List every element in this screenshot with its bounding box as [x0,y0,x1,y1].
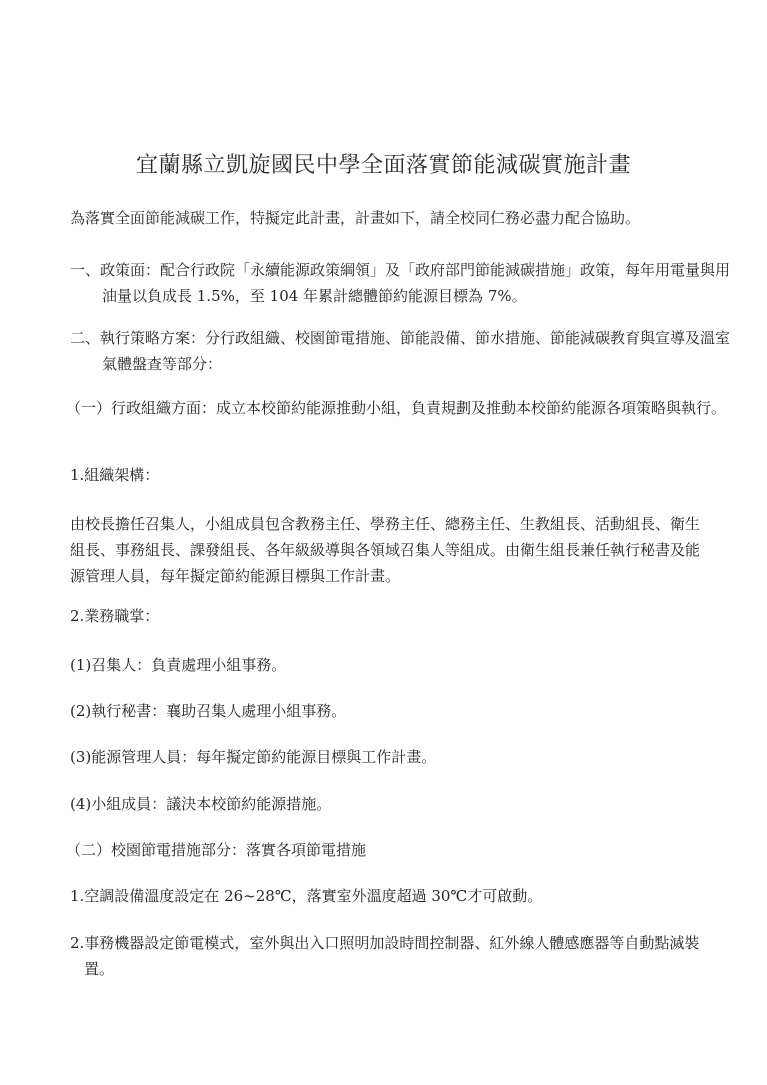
duty-item-convener: (1)召集人：負責處理小組事務。 [70,652,700,678]
power-measure-ac: 1.空調設備溫度設定在 26~28℃，落實室外溫度超過 30℃才可啟動。 [70,883,700,909]
duty-item-energy-manager: (3)能源管理人員：每年擬定節約能源目標與工作計畫。 [70,744,700,770]
duties-heading: 2.業務職掌： [70,603,700,629]
duty-item-secretary: (2)執行秘書：襄助召集人處理小組事務。 [70,698,700,724]
intro-paragraph: 為落實全面節能減碳工作，特擬定此計畫，計畫如下，請全校同仁務必盡力配合協助。 [70,205,700,231]
org-structure-body: 由校長擔任召集人，小組成員包含教務主任、學務主任、總務主任、生教組長、活動組長、… [70,511,700,589]
power-measure-equipment: 2.事務機器設定節電模式，室外與出入口照明加設時間控制器、紅外線人體感應器等自動… [70,930,714,982]
campus-power-section: （二）校園節電措施部分：落實各項節電措施 [66,837,696,863]
policy-section: 一、政策面：配合行政院「永續能源政策綱領」及「政府部門節能減碳措施」政策，每年用… [70,257,732,309]
document-title: 宜蘭縣立凱旋國民中學全面落實節能減碳實施計畫 [0,148,767,179]
admin-org-section: （一）行政組織方面：成立本校節約能源推動小組，負責規劃及推動本校節約能源各項策略… [66,395,744,421]
org-structure-heading: 1.組織架構： [70,462,700,488]
duty-item-members: (4)小組成員：議決本校節約能源措施。 [70,791,700,817]
strategy-section: 二、執行策略方案：分行政組織、校園節電措施、節能設備、節水措施、節能減碳教育與宣… [70,325,732,377]
document-page: 宜蘭縣立凱旋國民中學全面落實節能減碳實施計畫 為落實全面節能減碳工作，特擬定此計… [0,0,767,1085]
